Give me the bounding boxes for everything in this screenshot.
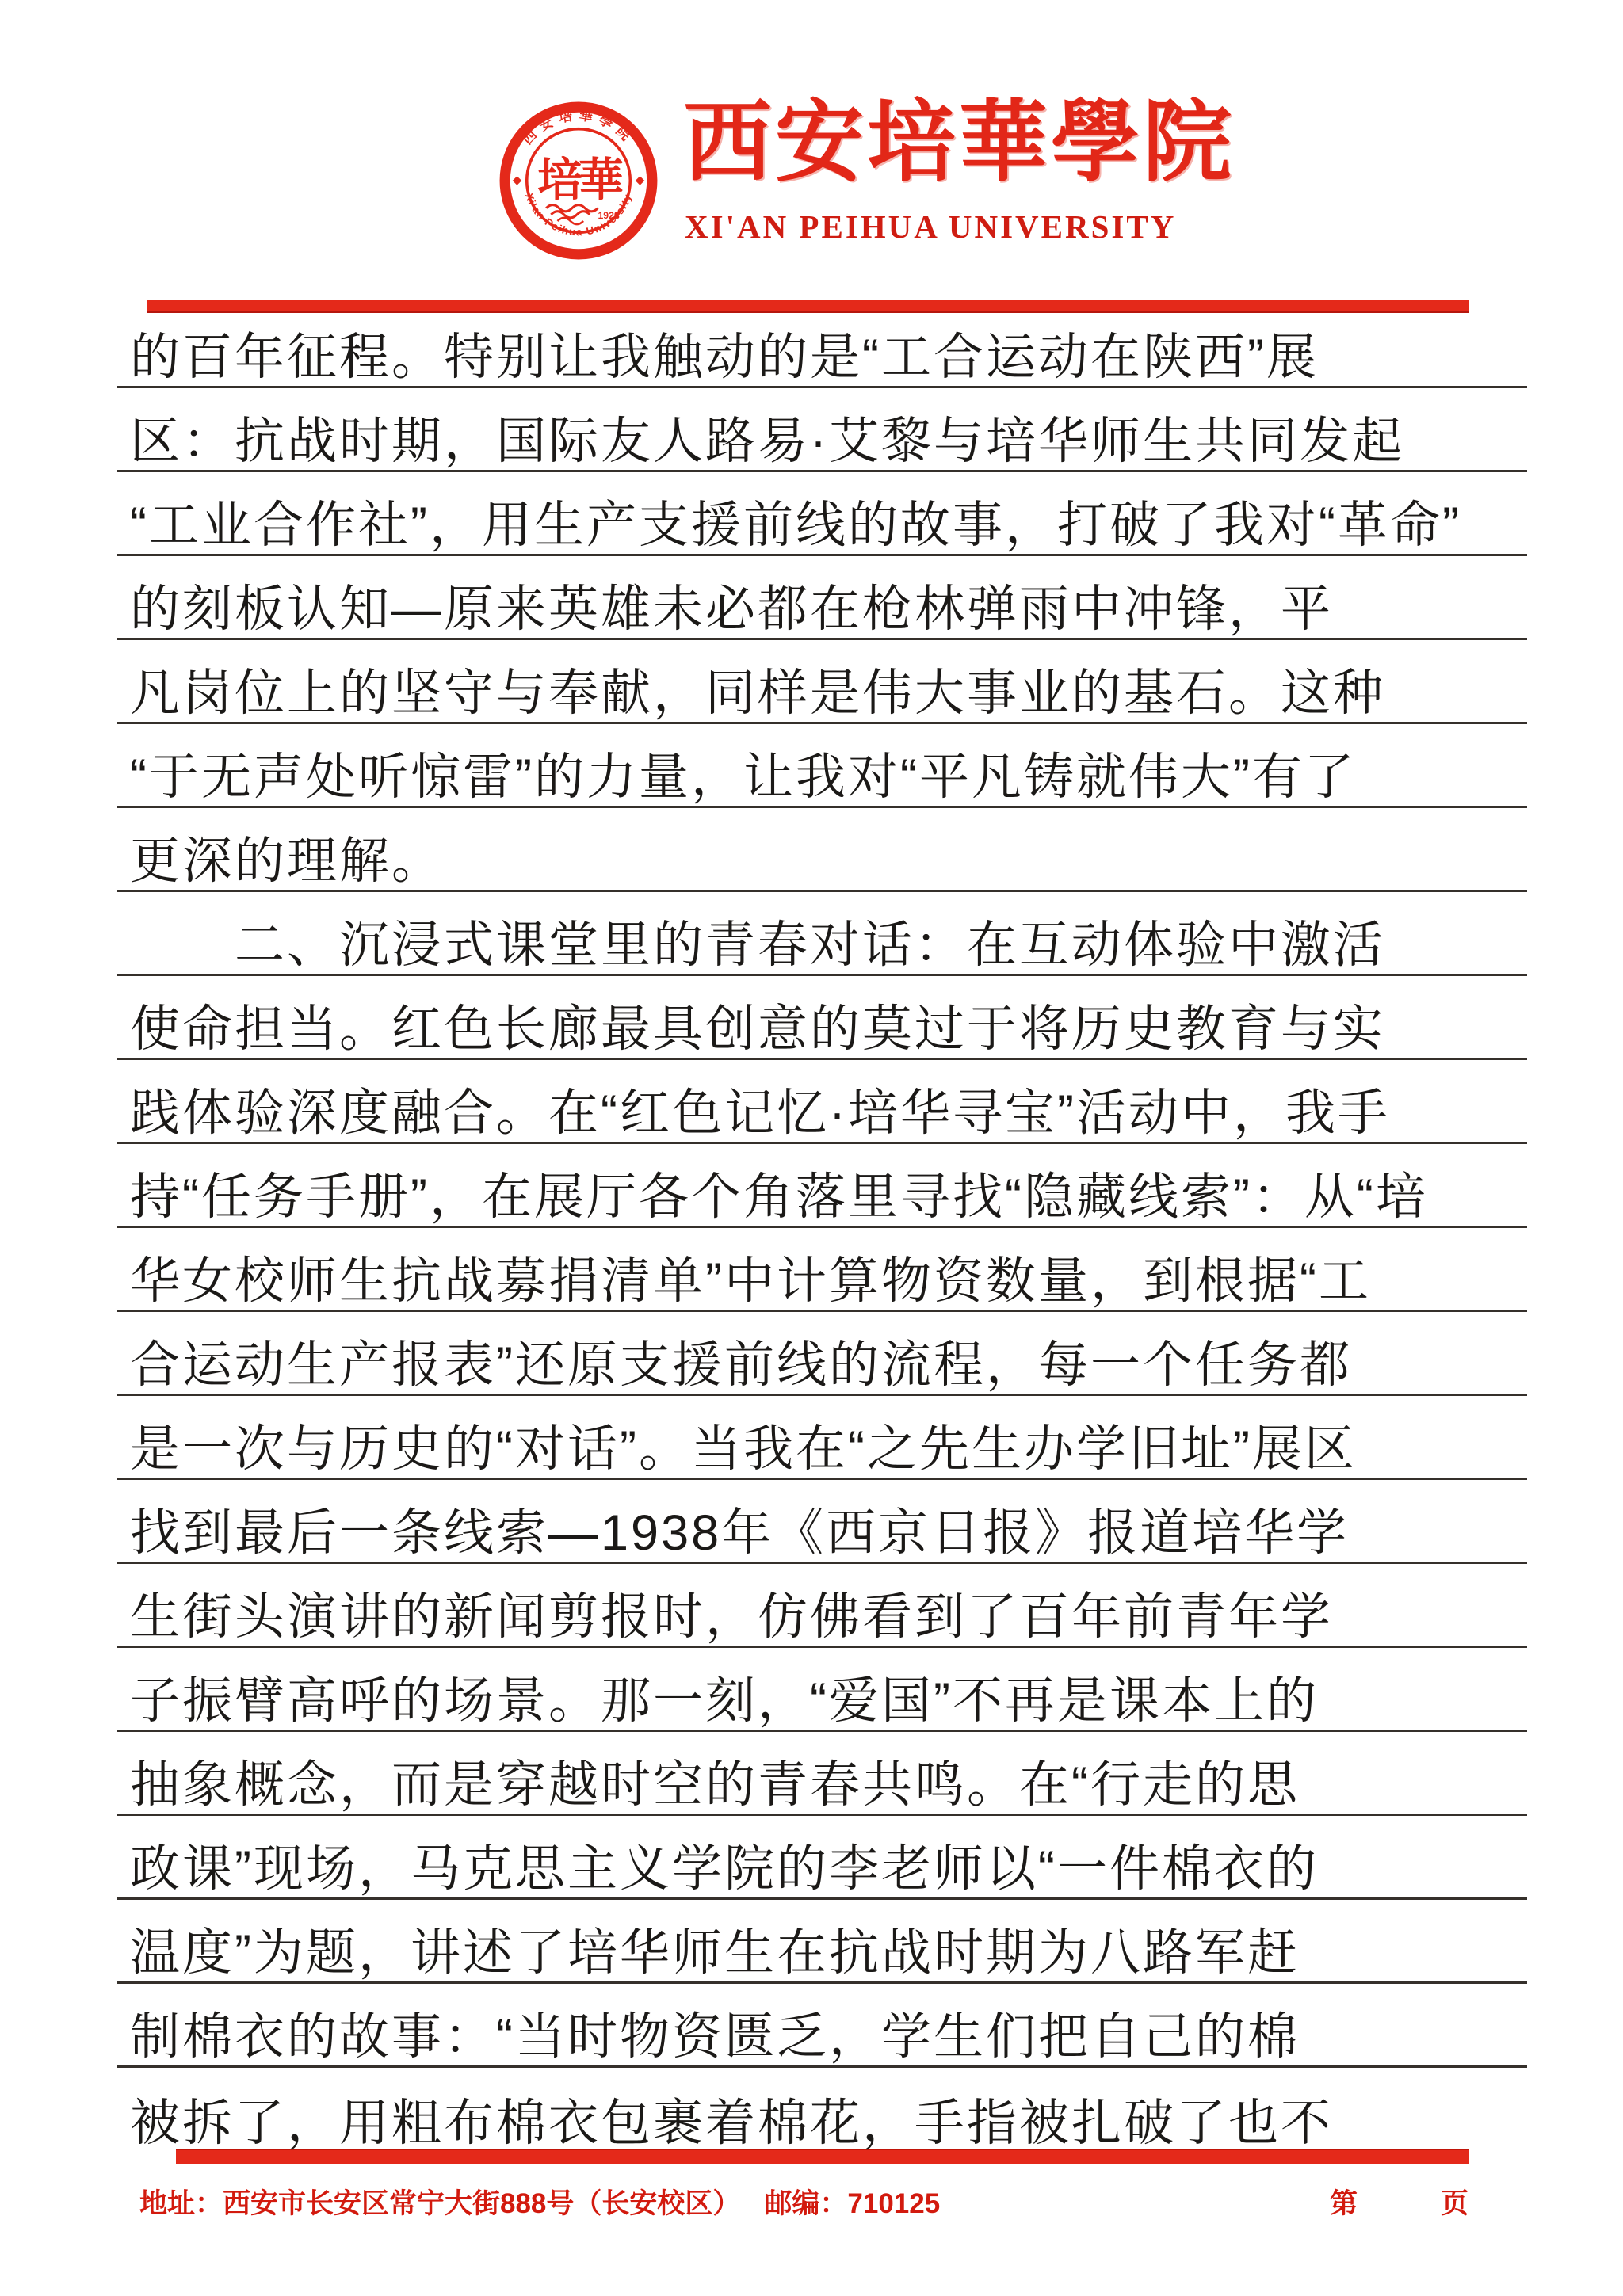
handwritten-line: 子振臂高呼的场景。那一刻，“爱国”不再是课本上的 xyxy=(117,1648,1527,1732)
handwriting-area: 的百年征程。特别让我触动的是“工合运动在陕西”展 区：抗战时期，国际友人路易·艾… xyxy=(117,304,1527,2152)
handwritten-text: 找到最后一条线索—1938年《西京日报》报道培华学 xyxy=(130,1507,1349,1559)
seal-top-text: 西安培華學院 xyxy=(519,107,638,148)
handwritten-text: “工业合作社”，用生产支援前线的故事，打破了我对“革命” xyxy=(130,499,1461,551)
handwritten-text: 的百年征程。特别让我触动的是“工合运动在陕西”展 xyxy=(130,331,1319,383)
seal-wave-2 xyxy=(551,212,590,218)
handwritten-text: 的刻板认知—原来英雄未必都在枪林弹雨中冲锋，平 xyxy=(130,583,1333,635)
handwritten-text: 是一次与历史的“对话”。当我在“之先生办学旧址”展区 xyxy=(130,1423,1357,1475)
handwritten-text: 抽象概念，而是穿越时空的青春共鸣。在“行走的思 xyxy=(130,1759,1300,1811)
handwritten-text: 践体验深度融合。在“红色记忆·培华寻宝”活动中，我手 xyxy=(130,1087,1390,1139)
handwritten-text: 使命担当。红色长廊最具创意的莫过于将历史教育与实 xyxy=(130,1003,1385,1055)
page-number-suffix: 页 xyxy=(1441,2182,1468,2222)
handwritten-line: 践体验深度融合。在“红色记忆·培华寻宝”活动中，我手 xyxy=(117,1060,1527,1144)
handwritten-line: 的百年征程。特别让我触动的是“工合运动在陕西”展 xyxy=(117,304,1527,388)
footer: 地址：西安市长安区常宁大街888号（长安校区）邮编：710125 第 页 xyxy=(139,2182,1503,2222)
handwritten-line: 二、沉浸式课堂里的青春对话：在互动体验中激活 xyxy=(117,892,1527,976)
handwritten-line: 持“任务手册”，在展厅各个角落里寻找“隐藏线索”：从“培 xyxy=(117,1144,1527,1228)
seal-year: 1928 xyxy=(598,210,619,221)
handwritten-line: 华女校师生抗战募捐清单”中计算物资数量，到根据“工 xyxy=(117,1228,1527,1312)
university-seal-icon: 西安培華學院 Xi'an Peihua University 培華 1928 xyxy=(498,100,659,261)
university-name-english: XI'AN PEIHUA UNIVERSITY xyxy=(685,208,1176,246)
handwritten-line: 合运动生产报表”还原支援前线的流程，每一个任务都 xyxy=(117,1312,1527,1396)
handwritten-line: “工业合作社”，用生产支援前线的故事，打破了我对“革命” xyxy=(117,472,1527,556)
handwritten-text: 制棉衣的故事：“当时物资匮乏，学生们把自己的棉 xyxy=(130,2011,1300,2063)
handwritten-line: 凡岗位上的坚守与奉献，同样是伟大事业的基石。这种 xyxy=(117,640,1527,724)
handwritten-line: 是一次与历史的“对话”。当我在“之先生办学旧址”展区 xyxy=(117,1396,1527,1480)
handwritten-text: 华女校师生抗战募捐清单”中计算物资数量，到根据“工 xyxy=(130,1255,1371,1307)
handwritten-text: 区：抗战时期，国际友人路易·艾黎与培华师生共同发起 xyxy=(130,415,1404,467)
handwritten-text: 持“任务手册”，在展厅各个角落里寻找“隐藏线索”：从“培 xyxy=(130,1171,1428,1223)
university-name-chinese: 西安培華學院 xyxy=(683,93,1238,191)
handwritten-text: 更深的理解。 xyxy=(130,835,444,887)
handwritten-line: 温度”为题，讲述了培华师生在抗战时期为八路军赶 xyxy=(117,1900,1527,1984)
handwritten-text: 合运动生产报表”还原支援前线的流程，每一个任务都 xyxy=(130,1339,1352,1391)
handwritten-line: 的刻板认知—原来英雄未必都在枪林弹雨中冲锋，平 xyxy=(117,556,1527,640)
handwritten-text: 温度”为题，讲述了培华师生在抗战时期为八路军赶 xyxy=(130,1927,1300,1979)
handwritten-line: 生街头演讲的新闻剪报时，仿佛看到了百年前青年学 xyxy=(117,1564,1527,1648)
handwritten-text: 生街头演讲的新闻剪报时，仿佛看到了百年前青年学 xyxy=(130,1591,1333,1643)
handwritten-line: 找到最后一条线索—1938年《西京日报》报道培华学 xyxy=(117,1480,1527,1564)
handwritten-text: 二、沉浸式课堂里的青春对话：在互动体验中激活 xyxy=(130,919,1385,971)
handwritten-line: 区：抗战时期，国际友人路易·艾黎与培华师生共同发起 xyxy=(117,388,1527,472)
handwritten-line: 使命担当。红色长廊最具创意的莫过于将历史教育与实 xyxy=(117,976,1527,1060)
footer-address: 地址：西安市长安区常宁大街888号（长安校区） xyxy=(139,2188,740,2219)
handwritten-text: 子振臂高呼的场景。那一刻，“爱国”不再是课本上的 xyxy=(130,1675,1319,1727)
handwritten-text: 政课”现场，马克思主义学院的李老师以“一件棉衣的 xyxy=(130,1843,1319,1895)
handwritten-text: 被拆了，用粗布棉衣包裹着棉花，手指被扎破了也不 xyxy=(130,2097,1333,2149)
handwritten-line: 更深的理解。 xyxy=(117,808,1527,892)
handwritten-line: 制棉衣的故事：“当时物资匮乏，学生们把自己的棉 xyxy=(117,1984,1527,2068)
handwritten-line: 抽象概念，而是穿越时空的青春共鸣。在“行走的思 xyxy=(117,1732,1527,1816)
seal-center-monogram: 培華 xyxy=(537,154,623,205)
page-number-prefix: 第 xyxy=(1330,2182,1358,2222)
footer-postcode: 邮编：710125 xyxy=(764,2188,940,2219)
handwritten-text: “于无声处听惊雷”的力量，让我对“平凡铸就伟大”有了 xyxy=(130,751,1357,803)
seal-wave-1 xyxy=(546,205,598,212)
handwritten-text: 凡岗位上的坚守与奉献，同样是伟大事业的基石。这种 xyxy=(130,667,1385,719)
scanned-letter-page: 西安培華學院 Xi'an Peihua University 培華 1928 西… xyxy=(0,0,1623,2296)
handwritten-line: 政课”现场，马克思主义学院的李老师以“一件棉衣的 xyxy=(117,1816,1527,1900)
handwritten-line: 被拆了，用粗布棉衣包裹着棉花，手指被扎破了也不 xyxy=(117,2068,1527,2152)
handwritten-line: “于无声处听惊雷”的力量，让我对“平凡铸就伟大”有了 xyxy=(117,724,1527,808)
